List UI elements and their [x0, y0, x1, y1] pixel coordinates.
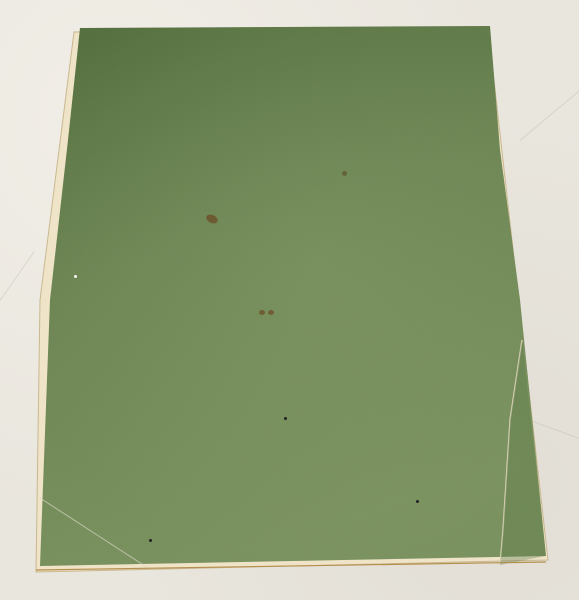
booklet [0, 0, 579, 600]
stain-spot [268, 310, 274, 315]
stain-spot [342, 171, 347, 176]
ink-dot [149, 539, 152, 542]
ink-dot [416, 500, 419, 503]
white-fleck [74, 275, 77, 278]
ink-dot [284, 417, 287, 420]
stain-spot [259, 310, 265, 315]
